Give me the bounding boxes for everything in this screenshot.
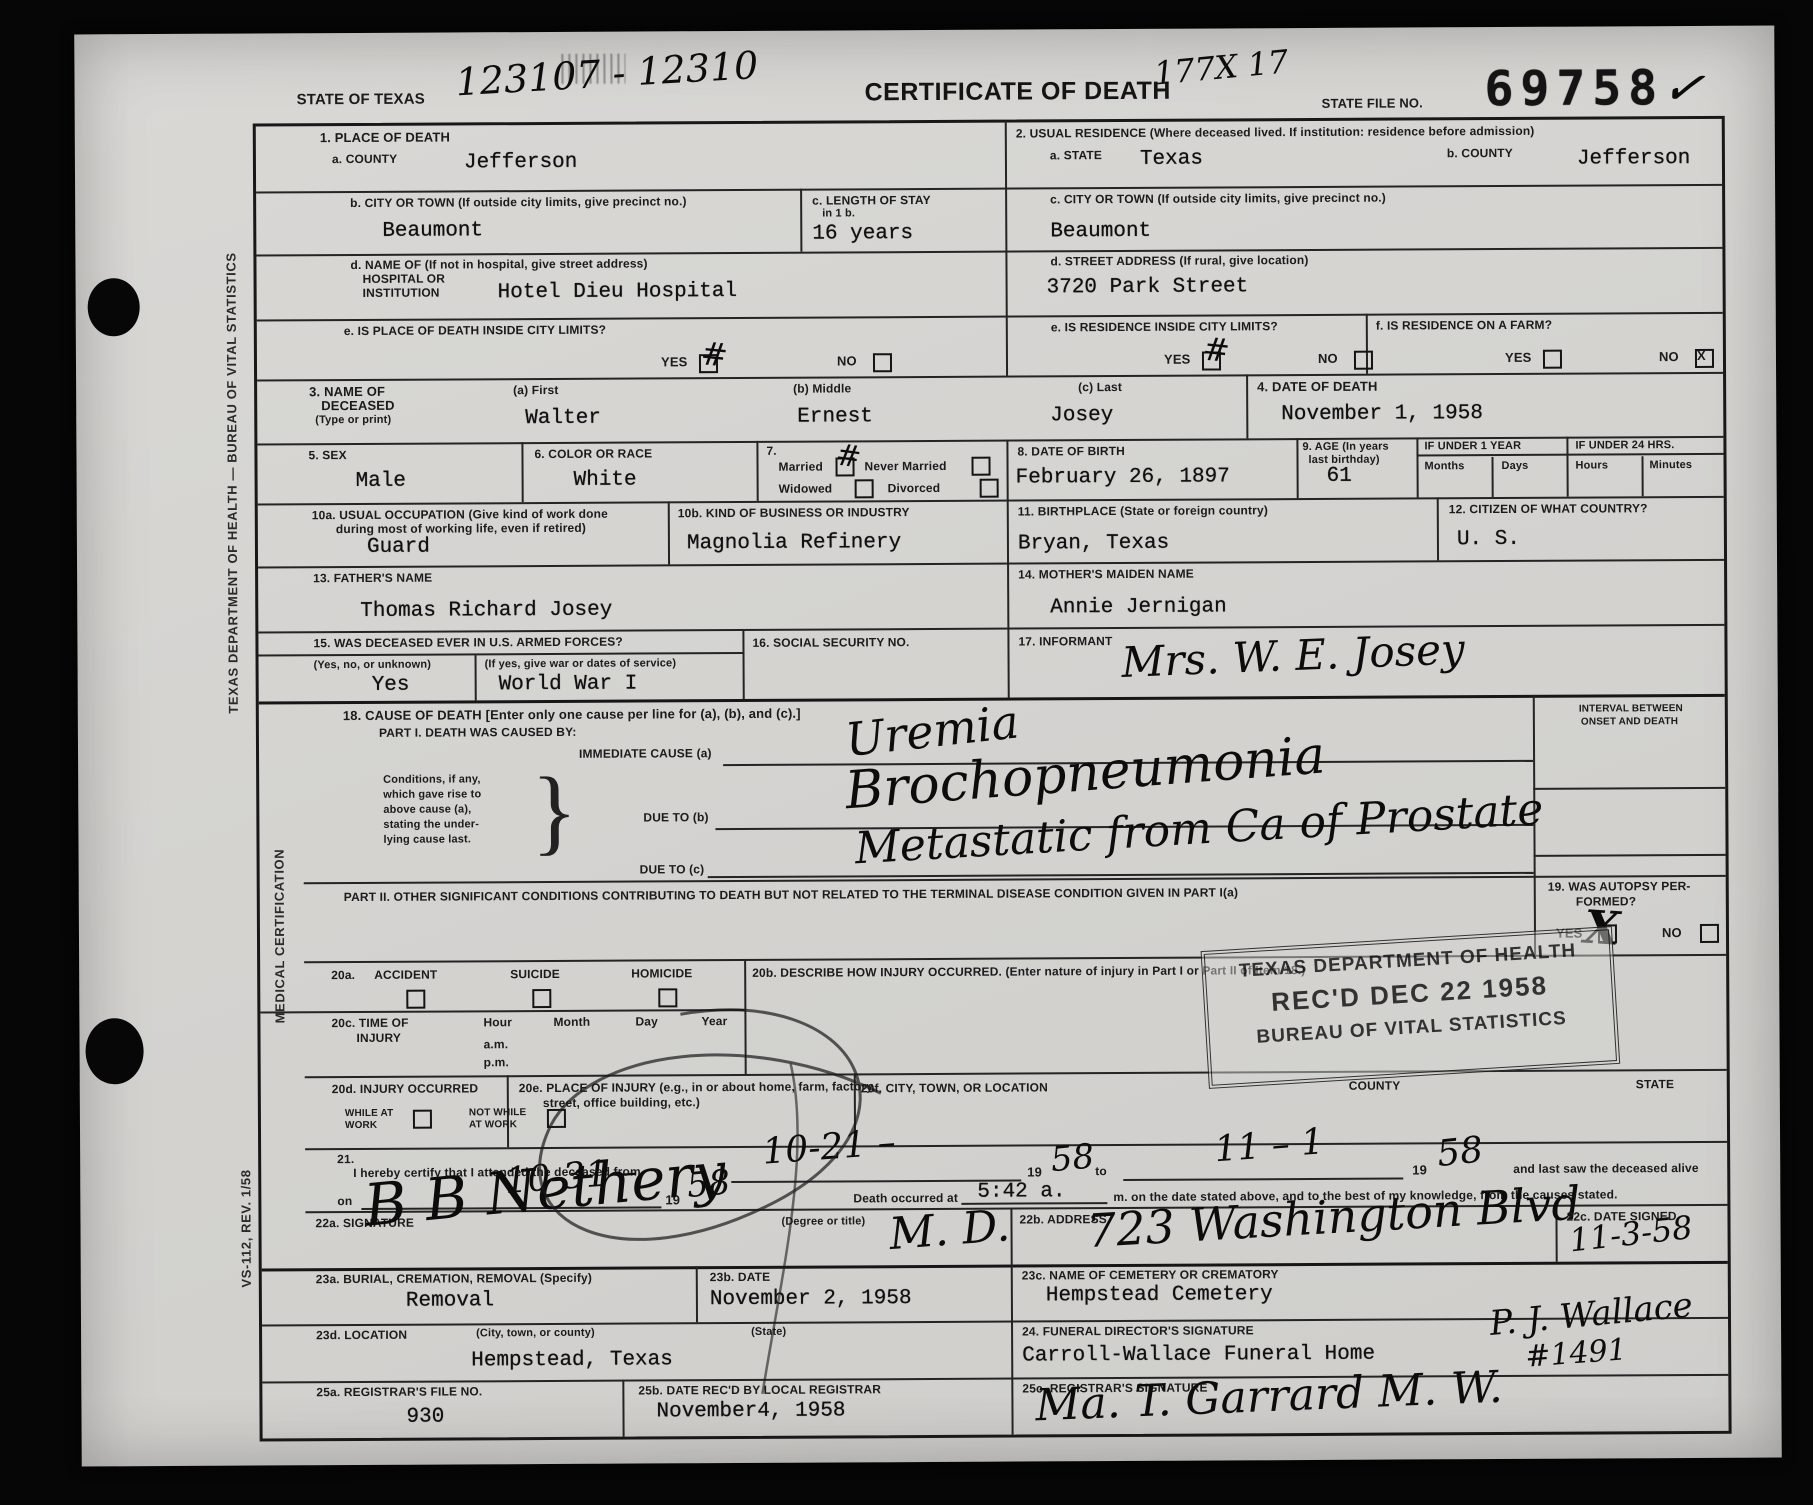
medical-certification-label: MEDICAL CERTIFICATION: [271, 726, 288, 1146]
informant-signature: Mrs. W. E. Josey: [1120, 624, 1465, 687]
interval-label-2: ONSET AND DEATH: [1581, 716, 1678, 728]
date-of-death-label: 4. DATE OF DEATH: [1257, 379, 1377, 395]
name-heading-3: (Type or print): [315, 414, 391, 426]
married-mark: #: [834, 437, 864, 475]
hospital-label-3: INSTITUTION: [363, 286, 440, 300]
last-name-label: (c) Last: [1078, 380, 1122, 394]
hospital-value: Hotel Dieu Hospital: [498, 280, 738, 304]
usual-residence-heading: 2. USUAL RESIDENCE (Where deceased lived…: [1016, 124, 1535, 141]
divider: [521, 442, 523, 502]
never-married-checkbox: [971, 457, 990, 476]
yes-label: YES: [1164, 352, 1191, 367]
street-label: d. STREET ADDRESS (If rural, give locati…: [1050, 253, 1308, 268]
autopsy-no-checkbox: [1700, 924, 1719, 943]
marital-section-label: 7.: [766, 444, 776, 458]
divider: [258, 624, 1724, 634]
residence-county-label: b. COUNTY: [1447, 146, 1513, 160]
residence-state-value: Texas: [1140, 148, 1203, 171]
yes-checkbox: [1543, 350, 1562, 369]
certify-number: 21.: [337, 1152, 354, 1166]
state-file-number: 69758: [1484, 60, 1664, 117]
armed-forces-label: 15. WAS DECEASED EVER IN U.S. ARMED FORC…: [313, 635, 622, 651]
to-label: to: [1095, 1164, 1107, 1178]
state-file-no-label: STATE FILE NO.: [1322, 95, 1423, 111]
checkmark: ✓: [1659, 56, 1708, 119]
blank-line: [1123, 1178, 1403, 1181]
middle-name-label: (b) Middle: [793, 381, 851, 395]
if-under-24-hrs-label: IF UNDER 24 HRS.: [1575, 439, 1674, 452]
injury-county-label: COUNTY: [1349, 1079, 1401, 1093]
no-x-mark: X: [1697, 348, 1706, 363]
divider: [475, 655, 477, 700]
occupation-label-2: during most of working life, even if ret…: [336, 521, 586, 536]
divider: [257, 372, 1723, 382]
age-label-1: 9. AGE (In years: [1302, 441, 1388, 453]
name-heading-2: DECEASED: [321, 398, 395, 413]
no-label: NO: [837, 353, 857, 368]
days-label: Days: [1502, 460, 1529, 472]
injury-state-label: STATE: [1636, 1077, 1674, 1091]
married-label: Married: [778, 460, 822, 474]
divider: [742, 629, 744, 699]
father-name-value: Thomas Richard Josey: [360, 599, 612, 623]
from-year: 58: [1049, 1136, 1096, 1180]
part2-text: PART II. OTHER SIGNIFICANT CONDITIONS CO…: [344, 885, 1238, 904]
armed-forces-value: Yes: [372, 674, 410, 697]
hole-punch-bottom: [85, 1018, 143, 1084]
citizen-value: U. S.: [1457, 528, 1520, 551]
attended-to-date: 11 – 1: [1213, 1121, 1325, 1170]
certificate-form: MEDICAL CERTIFICATION: [253, 116, 1732, 1442]
printed-19: 19: [1412, 1162, 1427, 1177]
armed-forces-sub-2: (If yes, give war or dates of service): [485, 657, 677, 670]
registrar-signature: Ma. T. Garrard M. W.: [1034, 1362, 1503, 1432]
interval-label-1: INTERVAL BETWEEN: [1579, 703, 1683, 715]
conditions-note-5: lying cause last.: [383, 833, 471, 845]
due-to-b-label: DUE TO (b): [643, 810, 708, 824]
divider: [1416, 437, 1418, 497]
months-label: Months: [1425, 460, 1465, 472]
pen-scrawl: [430, 973, 992, 1416]
race-label: 6. COLOR OR RACE: [534, 446, 652, 461]
state-of-texas-label: STATE OF TEXAS: [297, 91, 425, 109]
accident-label: ACCIDENT: [374, 968, 437, 982]
autopsy-no-label: NO: [1662, 925, 1682, 940]
burial-location-label: 23d. LOCATION: [316, 1328, 407, 1342]
divider: [1416, 453, 1723, 456]
last-name-value: Josey: [1050, 404, 1113, 427]
age-value: 61: [1327, 465, 1352, 488]
no-checkbox: [873, 353, 892, 372]
sex-value: Male: [356, 470, 407, 493]
due-to-c-label: DUE TO (c): [640, 862, 705, 876]
cemetery-value: Hempstead Cemetery: [1046, 1283, 1273, 1307]
farm-label: f. IS RESIDENCE ON A FARM?: [1376, 318, 1552, 333]
while-at-work-label-1: WHILE AT: [345, 1108, 393, 1119]
county-label: a. COUNTY: [332, 152, 397, 166]
length-of-stay-sub: in 1 b.: [822, 207, 855, 219]
county-value: Jefferson: [464, 151, 578, 175]
divider: [259, 652, 743, 656]
citizen-label: 12. CITIZEN OF WHAT COUNTRY?: [1449, 501, 1648, 516]
yes-label: YES: [1505, 350, 1532, 365]
length-of-stay-label: c. LENGTH OF STAY: [812, 193, 931, 208]
widowed-label: Widowed: [779, 481, 833, 495]
conditions-note-4: stating the under-: [383, 818, 479, 831]
received-stamp: TEXAS DEPARTMENT OF HEALTH REC'D DEC 22 …: [1201, 926, 1621, 1089]
first-name-label: (a) First: [513, 383, 558, 397]
divider: [1491, 457, 1493, 497]
industry-label: 10b. KIND OF BUSINESS OR INDUSTRY: [678, 505, 910, 520]
occupation-label-1: 10a. USUAL OCCUPATION (Give kind of work…: [312, 507, 608, 523]
conditions-note-2: which gave rise to: [383, 788, 481, 801]
divider: [1006, 440, 1009, 698]
autopsy-label-1: 19. WAS AUTOPSY PER-: [1548, 879, 1691, 894]
divider: [1437, 497, 1439, 560]
divider: [800, 189, 802, 252]
while-at-work-label-2: WORK: [345, 1120, 377, 1131]
margin-form-number: VS-112, REV. 1/58: [238, 1149, 254, 1309]
informant-label: 17. INFORMANT: [1018, 634, 1112, 648]
cause-heading: 18. CAUSE OF DEATH [Enter only one cause…: [343, 706, 801, 723]
residence-county-value: Jefferson: [1577, 147, 1691, 171]
divider: [1246, 374, 1248, 438]
handwritten-register-numbers: 123107 - 12310: [454, 43, 759, 104]
hole-punch-top: [88, 278, 140, 336]
yes-mark: #: [699, 334, 729, 374]
mother-name-value: Annie Jernigan: [1050, 595, 1227, 619]
divider: [256, 184, 1722, 194]
if-under-1-year-label: IF UNDER 1 YEAR: [1424, 440, 1521, 453]
scanned-certificate-page: TEXAS DEPARTMENT OF HEALTH — BUREAU OF V…: [74, 26, 1781, 1467]
accident-checkbox: [406, 990, 425, 1009]
printed-19: 19: [1027, 1164, 1042, 1179]
residence-city-label: c. CITY OR TOWN (If outside city limits,…: [1050, 191, 1386, 207]
no-label: NO: [1659, 349, 1679, 364]
birthplace-value: Bryan, Texas: [1018, 532, 1169, 556]
to-year: 58: [1435, 1129, 1485, 1175]
funeral-home-value: Carroll-Wallace Funeral Home: [1022, 1343, 1375, 1368]
residence-inside-city-label: e. IS RESIDENCE INSIDE CITY LIMITS?: [1051, 319, 1278, 334]
divorced-label: Divorced: [888, 481, 941, 495]
divider: [1005, 123, 1008, 376]
yes-mark: #: [1201, 330, 1231, 370]
funeral-director-number: #1491: [1524, 1332, 1628, 1375]
yes-label: YES: [661, 354, 688, 369]
minutes-label: Minutes: [1650, 459, 1693, 471]
divider: [256, 247, 1722, 257]
place-of-death-heading: 1. PLACE OF DEATH: [320, 129, 450, 145]
divider: [1533, 787, 1725, 790]
handwritten-file-code: 177X 17: [1152, 42, 1290, 92]
date-of-death-value: November 1, 1958: [1281, 402, 1483, 426]
time-of-injury-label-1: 20c. TIME OF: [331, 1016, 408, 1030]
divider: [1641, 456, 1643, 496]
date-of-birth-label: 8. DATE OF BIRTH: [1017, 444, 1125, 459]
divider: [1534, 854, 1726, 857]
cemetery-label: 23c. NAME OF CEMETERY OR CREMATORY: [1022, 1267, 1279, 1282]
divider: [1011, 1265, 1014, 1435]
city-label: b. CITY OR TOWN (If outside city limits,…: [350, 194, 687, 210]
hours-label: Hours: [1576, 459, 1609, 471]
divorced-checkbox: [980, 479, 999, 498]
father-name-label: 13. FATHER'S NAME: [313, 571, 432, 586]
first-name-value: Walter: [525, 407, 601, 430]
middle-name-value: Ernest: [797, 405, 873, 428]
ssn-label: 16. SOCIAL SECURITY NO.: [752, 635, 909, 650]
immediate-cause-label: IMMEDIATE CAUSE (a): [579, 746, 712, 761]
funeral-director-label: 24. FUNERAL DIRECTOR'S SIGNATURE: [1022, 1323, 1254, 1338]
mother-name-label: 14. MOTHER'S MAIDEN NAME: [1018, 567, 1194, 582]
divider: [668, 501, 670, 564]
conditions-note-3: above cause (a),: [383, 803, 471, 815]
residence-state-label: a. STATE: [1050, 148, 1102, 162]
while-at-work-checkbox: [413, 1110, 432, 1129]
inside-city-label: e. IS PLACE OF DEATH INSIDE CITY LIMITS?: [344, 323, 606, 338]
certificate-title: CERTIFICATE OF DEATH: [865, 77, 1171, 108]
cause-part1: PART I. DEATH WAS CAUSED BY:: [379, 725, 577, 740]
street-value: 3720 Park Street: [1047, 275, 1249, 299]
divider: [756, 441, 758, 501]
hospital-label-2: HOSPITAL OR: [363, 272, 446, 286]
race-value: White: [574, 469, 637, 492]
birthplace-label: 11. BIRTHPLACE (State or foreign country…: [1018, 503, 1268, 518]
length-of-stay-value: 16 years: [812, 222, 913, 246]
conditions-brace: }: [531, 755, 578, 866]
conditions-note-1: Conditions, if any,: [383, 773, 480, 786]
no-label: NO: [1318, 351, 1338, 366]
occupation-value: Guard: [367, 536, 430, 559]
section-20a-label: 20a.: [331, 968, 355, 982]
industry-value: Magnolia Refinery: [687, 531, 901, 555]
no-checkbox: [1354, 351, 1373, 370]
widowed-checkbox: [855, 479, 874, 498]
sex-label: 5. SEX: [308, 448, 346, 462]
armed-forces-sub-1: (Yes, no, or unknown): [314, 659, 431, 672]
war-value: World War I: [499, 673, 638, 697]
residence-city-value: Beaumont: [1050, 220, 1151, 244]
city-value: Beaumont: [382, 219, 483, 243]
hospital-label-1: d. NAME OF (If not in hospital, give str…: [350, 256, 647, 272]
time-of-injury-label-2: INJURY: [356, 1031, 401, 1045]
margin-department-text: TEXAS DEPARTMENT OF HEALTH — BUREAU OF V…: [224, 274, 241, 714]
divider: [1566, 437, 1568, 497]
certify-text-2: and last saw the deceased alive: [1513, 1161, 1698, 1176]
never-married-label: Never Married: [864, 459, 946, 473]
divider: [258, 559, 1724, 569]
date-of-birth-value: February 26, 1897: [1016, 465, 1230, 489]
divider: [1296, 438, 1298, 498]
on-label: on: [337, 1194, 352, 1208]
